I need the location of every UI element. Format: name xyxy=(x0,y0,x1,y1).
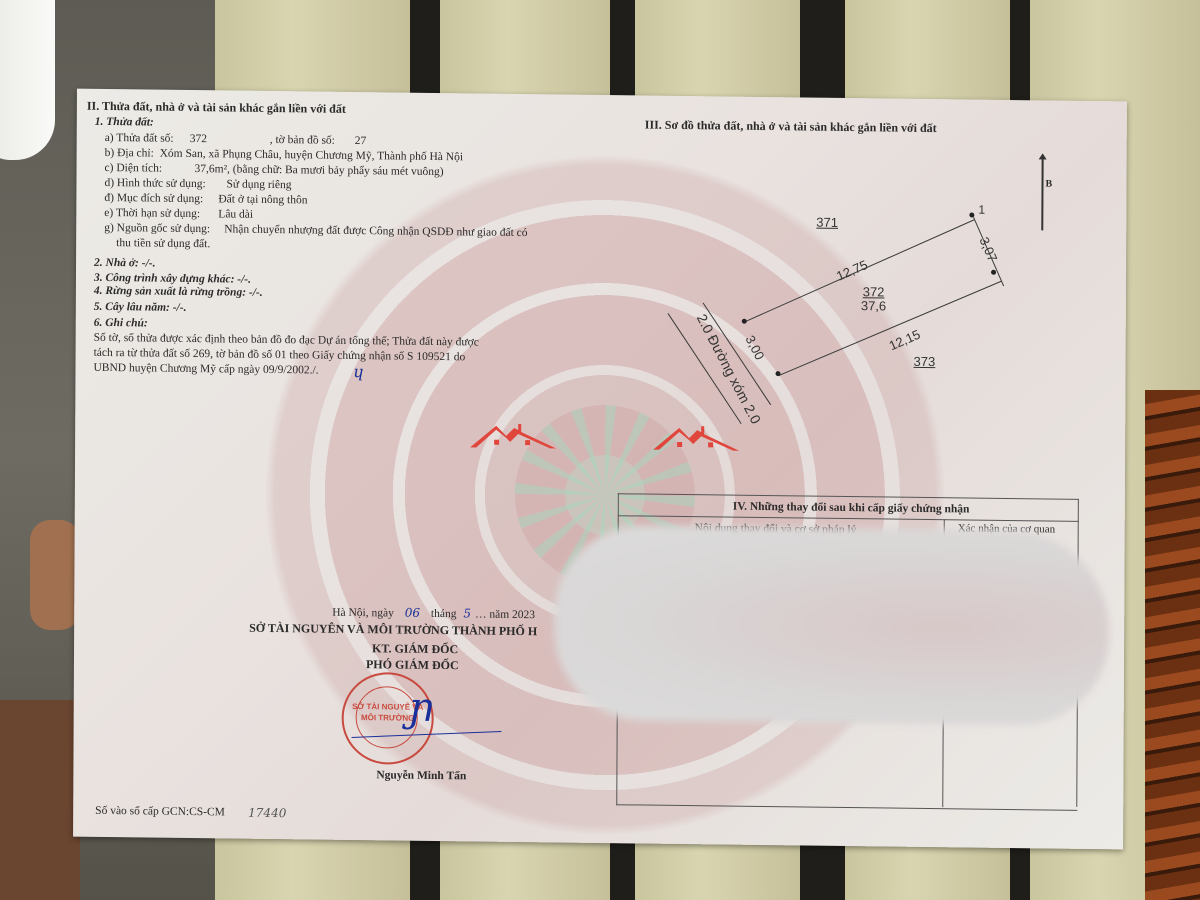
initial-signature: ɥ xyxy=(353,362,363,381)
vertex-point xyxy=(775,371,780,376)
origin-label: g) Nguồn gốc sử dụng: xyxy=(104,222,210,235)
area-label: c) Diện tích: xyxy=(105,162,163,175)
house-logo-icon xyxy=(653,424,739,453)
date-day: 06 xyxy=(397,606,428,620)
vertex-point xyxy=(742,319,747,324)
date-month: 5 xyxy=(459,606,475,620)
issue-date: Hà Nội, ngày 06 tháng 5… năm 2023 xyxy=(332,605,535,621)
north-label: B xyxy=(1045,178,1052,189)
area-value: 37,6m², (bằng chữ: Ba mươi bảy phẩy sáu … xyxy=(195,163,444,178)
neighbor-parcel-371: 371 xyxy=(816,215,838,230)
note-line-3: UBND huyện Chương Mỹ cấp ngày 09/9/2002.… xyxy=(93,362,318,377)
certificate-page: II. Thửa đất, nhà ở và tài sản khác gắn … xyxy=(73,89,1127,850)
other-construction-item: 3. Công trình xây dựng khác: -/-. xyxy=(94,272,251,286)
registry-number: 17440 xyxy=(248,806,286,820)
neighbor-parcel-373: 373 xyxy=(914,354,936,369)
usage-purpose-label: đ) Mục đích sử dụng: xyxy=(104,192,203,205)
perennial-tree-item: 5. Cây lâu năm: -/-. xyxy=(94,301,187,314)
rope xyxy=(1145,390,1200,900)
address-value: Xóm San, xã Phụng Châu, huyện Chương Mỹ,… xyxy=(160,148,463,164)
registry-label: Số vào sổ cấp GCN:CS-CM xyxy=(95,805,225,819)
shoe xyxy=(0,0,55,160)
year-label: năm 2023 xyxy=(489,609,535,622)
vertex-point xyxy=(969,213,974,218)
parcel-number: 372 xyxy=(190,133,207,145)
parcel-area: 37,6 xyxy=(861,299,886,313)
map-sheet-label: , tờ bản đồ số: xyxy=(270,134,335,147)
vertex-point xyxy=(991,270,996,275)
signer-title-2: PHÓ GIÁM ĐỐC xyxy=(366,657,459,673)
parcel-number-label: a) Thửa đất số: xyxy=(105,132,174,145)
usage-purpose-value: Đất ở tại nông thôn xyxy=(218,193,307,206)
house-logo-icon xyxy=(470,421,556,450)
usage-term-value: Lâu dài xyxy=(218,208,253,220)
house-item: 2. Nhà ở: -/-. xyxy=(94,257,155,270)
map-sheet-number: 27 xyxy=(355,135,367,147)
address-label: b) Địa chỉ: xyxy=(105,147,154,160)
north-arrow-icon xyxy=(1041,158,1043,230)
section2-heading: II. Thửa đất, nhà ở và tài sản khác gắn … xyxy=(87,99,346,117)
edge-length-right: 3,07 xyxy=(977,235,1001,264)
arm xyxy=(0,700,80,900)
hand xyxy=(30,520,80,630)
usage-term-label: e) Thời hạn sử dụng: xyxy=(104,207,200,220)
notes-heading: 6. Ghi chú: xyxy=(94,317,148,330)
origin-value-line1: Nhận chuyển nhượng đất được Công nhận QS… xyxy=(224,223,527,239)
redacted-area xyxy=(554,524,1110,726)
origin-value-line2: thu tiền sử dụng đất. xyxy=(116,237,210,250)
forest-item: 4. Rừng sản xuất là rừng trồng: -/-. xyxy=(94,285,263,299)
parcel-heading: 1. Thửa đất: xyxy=(95,116,154,129)
issuing-agency: SỞ TÀI NGUYÊN VÀ MÔI TRƯỜNG THÀNH PHỐ H xyxy=(249,621,537,640)
usage-form-value: Sử dụng riêng xyxy=(226,178,291,191)
usage-form-label: d) Hình thức sử dụng: xyxy=(104,177,205,190)
month-label: tháng xyxy=(431,608,457,620)
handwritten-signature: ɲ xyxy=(409,688,435,728)
signer-title-1: KT. GIÁM ĐỐC xyxy=(372,641,458,657)
parcel-label: 372 37,6 xyxy=(861,285,886,313)
vertex-label: 1 xyxy=(978,203,985,217)
section3-heading: III. Sơ đồ thửa đất, nhà ở và tài sản kh… xyxy=(645,118,937,137)
date-prefix: Hà Nội, ngày xyxy=(332,607,394,620)
signer-name: Nguyễn Minh Tấn xyxy=(376,769,466,782)
